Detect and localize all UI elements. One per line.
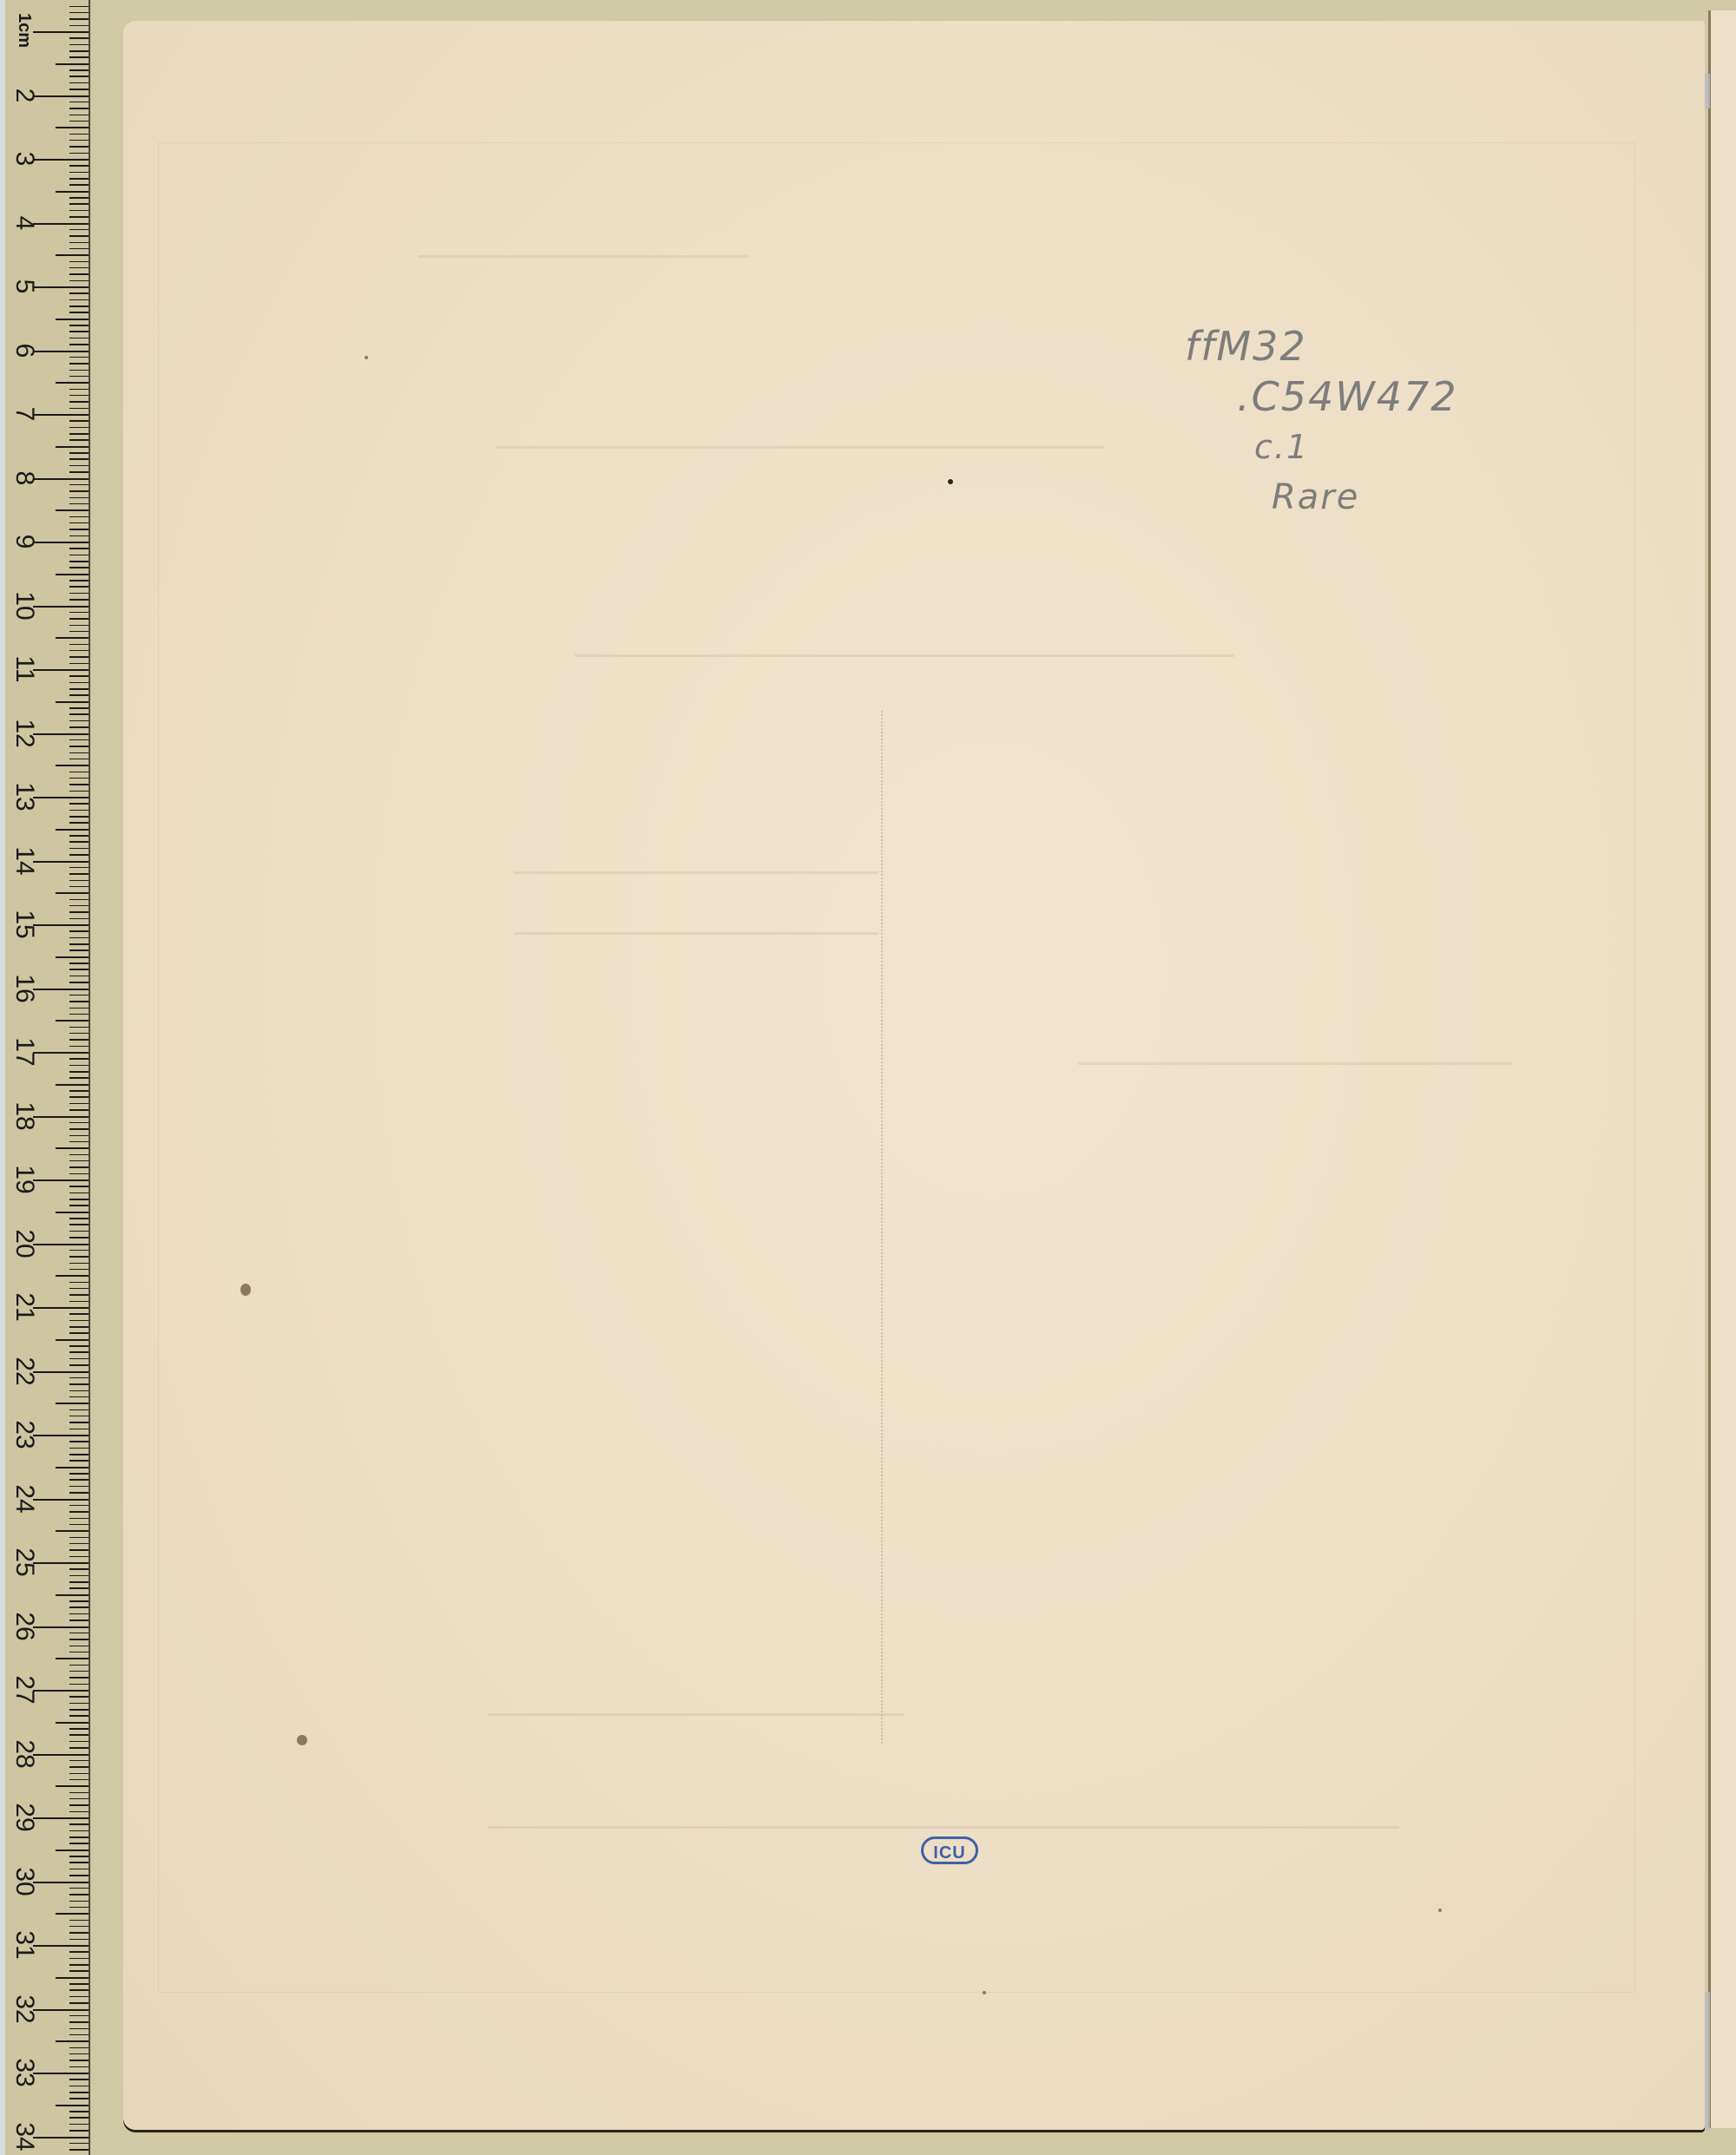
ruler-number: 21 xyxy=(11,1291,37,1323)
ruler-tick xyxy=(69,1804,89,1806)
ruler-tick xyxy=(56,1977,89,1979)
ruler-tick xyxy=(33,1817,89,1819)
ruler-tick xyxy=(56,509,89,511)
ruler-tick xyxy=(69,1422,89,1423)
ruler-tick xyxy=(69,561,89,562)
ruler-tick xyxy=(56,191,89,193)
ruler-tick xyxy=(69,535,89,537)
ruler-tick xyxy=(69,2021,89,2023)
ruler-tick xyxy=(69,2149,89,2151)
ruler-tick xyxy=(69,2143,89,2145)
ruler-number: 26 xyxy=(11,1611,37,1642)
ruler-tick xyxy=(69,1033,89,1035)
ruler-tick xyxy=(69,267,89,269)
ruler-tick xyxy=(69,1600,89,1602)
ruler-number: 17 xyxy=(11,1036,37,1068)
ruler-tick xyxy=(69,6,89,8)
ruler-tick xyxy=(56,765,89,766)
ruler-tick xyxy=(56,1913,89,1915)
ruler-tick xyxy=(69,1135,89,1137)
ruler-tick xyxy=(33,797,89,798)
ruler-tick xyxy=(69,1390,89,1392)
ruler-tick xyxy=(69,165,89,167)
ruler-tick xyxy=(69,854,89,856)
ruler-tick xyxy=(33,733,89,735)
ruler-number: 14 xyxy=(11,845,37,877)
ruler-tick xyxy=(33,924,89,926)
ruler-tick xyxy=(69,44,89,46)
ruler-tick xyxy=(69,593,89,595)
ruler-tick xyxy=(69,1823,89,1825)
foxing-spot xyxy=(948,479,953,484)
ruler-tick xyxy=(69,791,89,792)
ruler-tick xyxy=(69,1313,89,1315)
ruler-tick xyxy=(69,1907,89,1909)
ruler-tick xyxy=(69,1715,89,1717)
ruler-tick xyxy=(69,1524,89,1526)
ruler-tick xyxy=(69,50,89,52)
foxing-spot xyxy=(297,1735,307,1745)
ruler-tick xyxy=(69,1231,89,1232)
ruler-tick xyxy=(56,382,89,384)
ruler-number: 3 xyxy=(11,143,37,174)
ruler-number: 18 xyxy=(11,1100,37,1132)
ruler-tick xyxy=(56,1658,89,1659)
ruler-tick xyxy=(69,25,89,27)
ruler-number: 4 xyxy=(11,207,37,239)
ruler-tick xyxy=(56,1849,89,1851)
ruler-tick xyxy=(33,351,89,352)
ruler-tick xyxy=(33,2009,89,2011)
ruler-tick xyxy=(69,1920,89,1922)
ruler-tick xyxy=(69,2124,89,2125)
ruler-tick xyxy=(69,12,89,14)
ruler-number: 28 xyxy=(11,1738,37,1770)
ruler-tick xyxy=(69,1199,89,1200)
ruler-tick xyxy=(56,127,89,128)
ruler-tick xyxy=(69,1665,89,1666)
ruler-tick xyxy=(33,989,89,990)
ruler-tick xyxy=(69,713,89,715)
ruler-tick xyxy=(69,292,89,294)
ruler-tick xyxy=(69,580,89,581)
ruler-tick xyxy=(69,248,89,250)
ruler-tick xyxy=(56,1339,89,1341)
ruler-tick xyxy=(69,115,89,116)
ruler-tick xyxy=(69,82,89,84)
ruler-tick xyxy=(69,784,89,785)
ruler-tick xyxy=(33,1179,89,1181)
ruler-number: 9 xyxy=(11,526,37,557)
ruler-tick xyxy=(69,1639,89,1640)
ruler-tick xyxy=(69,707,89,709)
ruler-tick xyxy=(69,1652,89,1653)
ruler-tick xyxy=(69,401,89,403)
ruler-tick xyxy=(69,918,89,920)
ruler-tick xyxy=(69,1983,89,1985)
ruler-tick xyxy=(69,1396,89,1398)
ruler-tick xyxy=(69,1543,89,1545)
ruler-tick xyxy=(69,2086,89,2087)
ruler-tick xyxy=(69,1103,89,1105)
foxing-spot xyxy=(365,356,368,359)
ruler-tick xyxy=(69,759,89,760)
ruler-tick xyxy=(69,1703,89,1705)
ruler-tick xyxy=(33,606,89,608)
ruler-tick xyxy=(69,772,89,773)
ruler-tick xyxy=(69,949,89,951)
document-page xyxy=(123,21,1705,2130)
ruler-tick xyxy=(69,344,89,345)
ruler-tick xyxy=(69,56,89,58)
ruler-tick xyxy=(69,331,89,332)
ruler-tick xyxy=(69,982,89,983)
ruler-tick xyxy=(33,1562,89,1564)
ruler-tick xyxy=(56,1147,89,1149)
ruler-tick xyxy=(69,1894,89,1895)
ruler-tick xyxy=(69,930,89,932)
ruler-tick xyxy=(69,1071,89,1073)
ruler-tick xyxy=(69,1237,89,1238)
ruler-tick xyxy=(56,2105,89,2106)
ruler-tick xyxy=(33,223,89,225)
ruler-tick xyxy=(69,835,89,837)
ruler-tick xyxy=(69,618,89,620)
ruler-tick xyxy=(69,1939,89,1941)
ruler-number: 8 xyxy=(11,463,37,494)
ruler-tick xyxy=(69,1856,89,1857)
ruler-number: 15 xyxy=(11,909,37,940)
ruler-tick xyxy=(69,465,89,467)
ruler-tick xyxy=(69,235,89,237)
ruler-tick xyxy=(33,1882,89,1883)
ruler-tick xyxy=(69,1792,89,1794)
ruler-tick xyxy=(69,1511,89,1513)
ruler-tick xyxy=(69,1587,89,1589)
ruler-tick xyxy=(69,203,89,205)
ruler-number: 16 xyxy=(11,973,37,1004)
ruler-tick xyxy=(69,1046,89,1048)
ruler-tick xyxy=(69,1218,89,1219)
ruler-tick xyxy=(69,172,89,174)
ruler-number: 33 xyxy=(11,2057,37,2088)
ruler-tick xyxy=(69,1441,89,1442)
ruler-tick xyxy=(69,1709,89,1711)
ruler-tick xyxy=(69,1479,89,1481)
ruler-tick xyxy=(69,1798,89,1800)
ruler-tick xyxy=(69,229,89,231)
ruler-number: 22 xyxy=(11,1356,37,1387)
ruler-tick xyxy=(69,299,89,301)
ruler-tick xyxy=(69,1173,89,1175)
ruler-number: 7 xyxy=(11,398,37,430)
ruler-tick xyxy=(69,599,89,601)
ruler-tick xyxy=(69,1454,89,1455)
ruler-tick xyxy=(69,1773,89,1775)
ruler-tick xyxy=(33,1371,89,1373)
bleed-through-line xyxy=(514,871,878,874)
ruler-number: 13 xyxy=(11,781,37,812)
ruler-tick xyxy=(69,1518,89,1520)
ruler-tick xyxy=(69,503,89,505)
ruler-tick xyxy=(69,682,89,684)
ruler-tick xyxy=(69,1186,89,1187)
ruler-tick xyxy=(69,943,89,945)
ruler-tick xyxy=(56,1722,89,1724)
ruler-tick xyxy=(56,1467,89,1468)
ruler-number: 5 xyxy=(11,271,37,302)
ruler-tick xyxy=(33,1626,89,1628)
ruler-tick xyxy=(69,273,89,275)
ruler-tick xyxy=(33,95,89,97)
ruler-tick xyxy=(33,542,89,543)
ruler-tick xyxy=(69,1696,89,1698)
ruler-tick xyxy=(69,1364,89,1366)
ruler-tick xyxy=(33,159,89,161)
ruler-tick xyxy=(69,439,89,441)
ruler-tick xyxy=(69,2060,89,2061)
ruler-tick xyxy=(69,484,89,486)
ruler-tick xyxy=(69,1429,89,1430)
ruler-tick xyxy=(69,1166,89,1168)
ruler-tick xyxy=(69,1486,89,1488)
ruler-tick xyxy=(69,458,89,460)
ruler-tick xyxy=(69,325,89,326)
ruler-tick xyxy=(69,1377,89,1379)
ruler-tick xyxy=(69,1766,89,1768)
ruler-tick xyxy=(69,963,89,964)
ruler-tick xyxy=(69,2066,89,2068)
ruler-tick xyxy=(69,1970,89,1972)
ruler-tick xyxy=(56,574,89,575)
ruler-tick xyxy=(69,1747,89,1749)
ruler-tick xyxy=(69,1620,89,1621)
ruler-tick xyxy=(69,2098,89,2099)
ruler-tick xyxy=(69,2015,89,2017)
ruler-number: 25 xyxy=(11,1547,37,1578)
ruler-tick xyxy=(69,1409,89,1411)
ruler-tick xyxy=(56,63,89,65)
ruler-tick xyxy=(69,1760,89,1762)
ruler-tick xyxy=(69,338,89,339)
ruler-tick xyxy=(69,663,89,665)
ruler-tick xyxy=(69,261,89,263)
ruler-tick xyxy=(69,210,89,212)
ruler-number: 12 xyxy=(11,718,37,749)
bleed-through-line xyxy=(575,654,1234,657)
measurement-ruler: 1cm 234567891011121314151617181920212223… xyxy=(5,0,90,2155)
ruler-tick xyxy=(33,1307,89,1309)
ruler-tick xyxy=(69,2028,89,2030)
copy-number: c.1 xyxy=(1254,422,1458,472)
ruler-tick xyxy=(33,1945,89,1947)
ruler-tick xyxy=(56,1020,89,1022)
ruler-number: 27 xyxy=(11,1674,37,1705)
ruler-tick xyxy=(69,848,89,850)
ruler-tick xyxy=(69,89,89,90)
ruler-tick xyxy=(69,2079,89,2080)
ruler-tick xyxy=(56,1785,89,1787)
ruler-tick xyxy=(69,76,89,77)
ruler-tick xyxy=(69,867,89,869)
ruler-tick xyxy=(69,841,89,843)
ruler-tick xyxy=(69,1537,89,1539)
ruler-tick xyxy=(69,905,89,907)
ruler-number: 24 xyxy=(11,1483,37,1514)
ruler-tick xyxy=(69,816,89,818)
ruler-tick xyxy=(69,134,89,135)
ruler-tick xyxy=(69,1128,89,1130)
ruler-tick xyxy=(69,1326,89,1328)
ruler-tick xyxy=(69,1256,89,1258)
ruler-tick xyxy=(69,1090,89,1092)
ruler-number: 6 xyxy=(11,335,37,366)
ruler-tick xyxy=(56,1594,89,1596)
ruler-number: 34 xyxy=(11,2121,37,2152)
ruler-tick xyxy=(69,803,89,805)
ruler-tick xyxy=(69,1989,89,1991)
ruler-tick xyxy=(69,726,89,728)
ruler-tick xyxy=(33,669,89,671)
ruler-tick xyxy=(69,2130,89,2132)
ruler-tick xyxy=(69,1294,89,1296)
bleed-through-line xyxy=(488,1713,904,1716)
ruler-tick xyxy=(69,363,89,365)
ruler-tick xyxy=(69,739,89,741)
ruler-number: 23 xyxy=(11,1419,37,1450)
ruler-tick xyxy=(69,2053,89,2055)
ruler-tick xyxy=(69,516,89,518)
ruler-tick xyxy=(69,1358,89,1360)
ruler-tick xyxy=(56,892,89,894)
ruler-tick xyxy=(69,1332,89,1334)
back-sheet-edge xyxy=(1708,10,1736,2128)
ruler-tick xyxy=(69,18,89,20)
ruler-tick xyxy=(69,1684,89,1685)
ruler-tick xyxy=(69,1606,89,1608)
ruler-tick xyxy=(69,1282,89,1284)
ruler-tick xyxy=(69,490,89,492)
ruler-tick xyxy=(69,1192,89,1194)
ruler-tick xyxy=(69,2111,89,2112)
ruler-tick xyxy=(69,1014,89,1015)
ruler-tick xyxy=(69,108,89,109)
ruler-tick xyxy=(69,184,89,186)
ruler-tick xyxy=(56,1275,89,1277)
ruler-tick xyxy=(69,899,89,901)
ruler-tick xyxy=(69,625,89,627)
ruler-tick xyxy=(69,1269,89,1271)
ruler-tick xyxy=(56,1212,89,1213)
ruler-tick xyxy=(69,1843,89,1844)
ruler-tick xyxy=(69,694,89,696)
ruler-tick xyxy=(56,829,89,831)
ruler-tick xyxy=(69,389,89,391)
ruler-tick xyxy=(69,555,89,556)
ruler-tick xyxy=(69,1416,89,1417)
ruler-tick xyxy=(69,644,89,646)
ruler-tick xyxy=(33,861,89,863)
ruler-tick xyxy=(69,688,89,690)
ruler-tick xyxy=(69,497,89,499)
ruler-number: 20 xyxy=(11,1228,37,1259)
ruler-tick xyxy=(69,2034,89,2036)
ruler-tick xyxy=(56,956,89,958)
ruler-tick xyxy=(69,420,89,422)
ruler-tick xyxy=(69,1932,89,1934)
ruler-tick xyxy=(69,146,89,148)
foxing-spot xyxy=(1438,1909,1442,1912)
ruler-tick xyxy=(69,121,89,122)
ruler-tick xyxy=(69,1549,89,1551)
ruler-tick xyxy=(56,1530,89,1532)
ruler-tick xyxy=(69,1646,89,1647)
ruler-tick xyxy=(69,427,89,429)
rare-designation: Rare xyxy=(1272,472,1458,522)
ruler-tick xyxy=(56,446,89,448)
ruler-tick xyxy=(69,216,89,218)
ruler-tick xyxy=(69,2047,89,2049)
ruler-tick xyxy=(69,1460,89,1462)
ruler-tick xyxy=(69,408,89,410)
ruler-tick xyxy=(69,1779,89,1781)
center-fold-line xyxy=(881,711,883,1744)
bleed-through-line xyxy=(488,1826,1399,1829)
ruler-tick xyxy=(56,637,89,639)
ruler-tick xyxy=(69,1320,89,1322)
ruler-tick xyxy=(69,1958,89,1960)
ruler-tick xyxy=(33,414,89,416)
ruler-tick xyxy=(69,376,89,378)
ruler-tick xyxy=(69,1351,89,1353)
ruler-tick xyxy=(33,2073,89,2074)
ruler-tick xyxy=(69,1613,89,1615)
ruler-tick xyxy=(33,1052,89,1054)
ruler-tick xyxy=(69,1505,89,1507)
ruler-tick xyxy=(69,1568,89,1570)
ruler-tick xyxy=(69,178,89,180)
ruler-tick xyxy=(69,1096,89,1098)
ruler-tick xyxy=(56,254,89,256)
ruler-tick xyxy=(69,1448,89,1449)
ruler-tick xyxy=(69,1996,89,1998)
ruler-number: 11 xyxy=(11,654,37,685)
ruler-tick xyxy=(69,675,89,677)
ruler-tick xyxy=(69,586,89,588)
ruler-tick xyxy=(69,452,89,454)
ruler-tick xyxy=(69,1575,89,1577)
ruler-tick xyxy=(56,1084,89,1086)
foxing-spot xyxy=(240,1284,251,1296)
ruler-tick xyxy=(69,433,89,435)
ruler-tick xyxy=(69,395,89,397)
ruler-number: 31 xyxy=(11,1929,37,1961)
ruler-tick xyxy=(33,286,89,288)
ruler-tick xyxy=(69,1008,89,1009)
ruler-tick xyxy=(69,1039,89,1041)
ruler-tick xyxy=(69,1141,89,1143)
ruler-tick xyxy=(69,197,89,199)
ruler-tick xyxy=(33,1116,89,1118)
ruler-unit-label: 1cm xyxy=(11,13,37,44)
ruler-tick xyxy=(69,880,89,882)
ruler-tick xyxy=(69,1926,89,1928)
ruler-tick xyxy=(69,1836,89,1838)
ruler-tick xyxy=(69,937,89,939)
ruler-tick xyxy=(33,31,89,33)
ruler-tick xyxy=(56,1403,89,1404)
ruler-tick xyxy=(69,529,89,530)
